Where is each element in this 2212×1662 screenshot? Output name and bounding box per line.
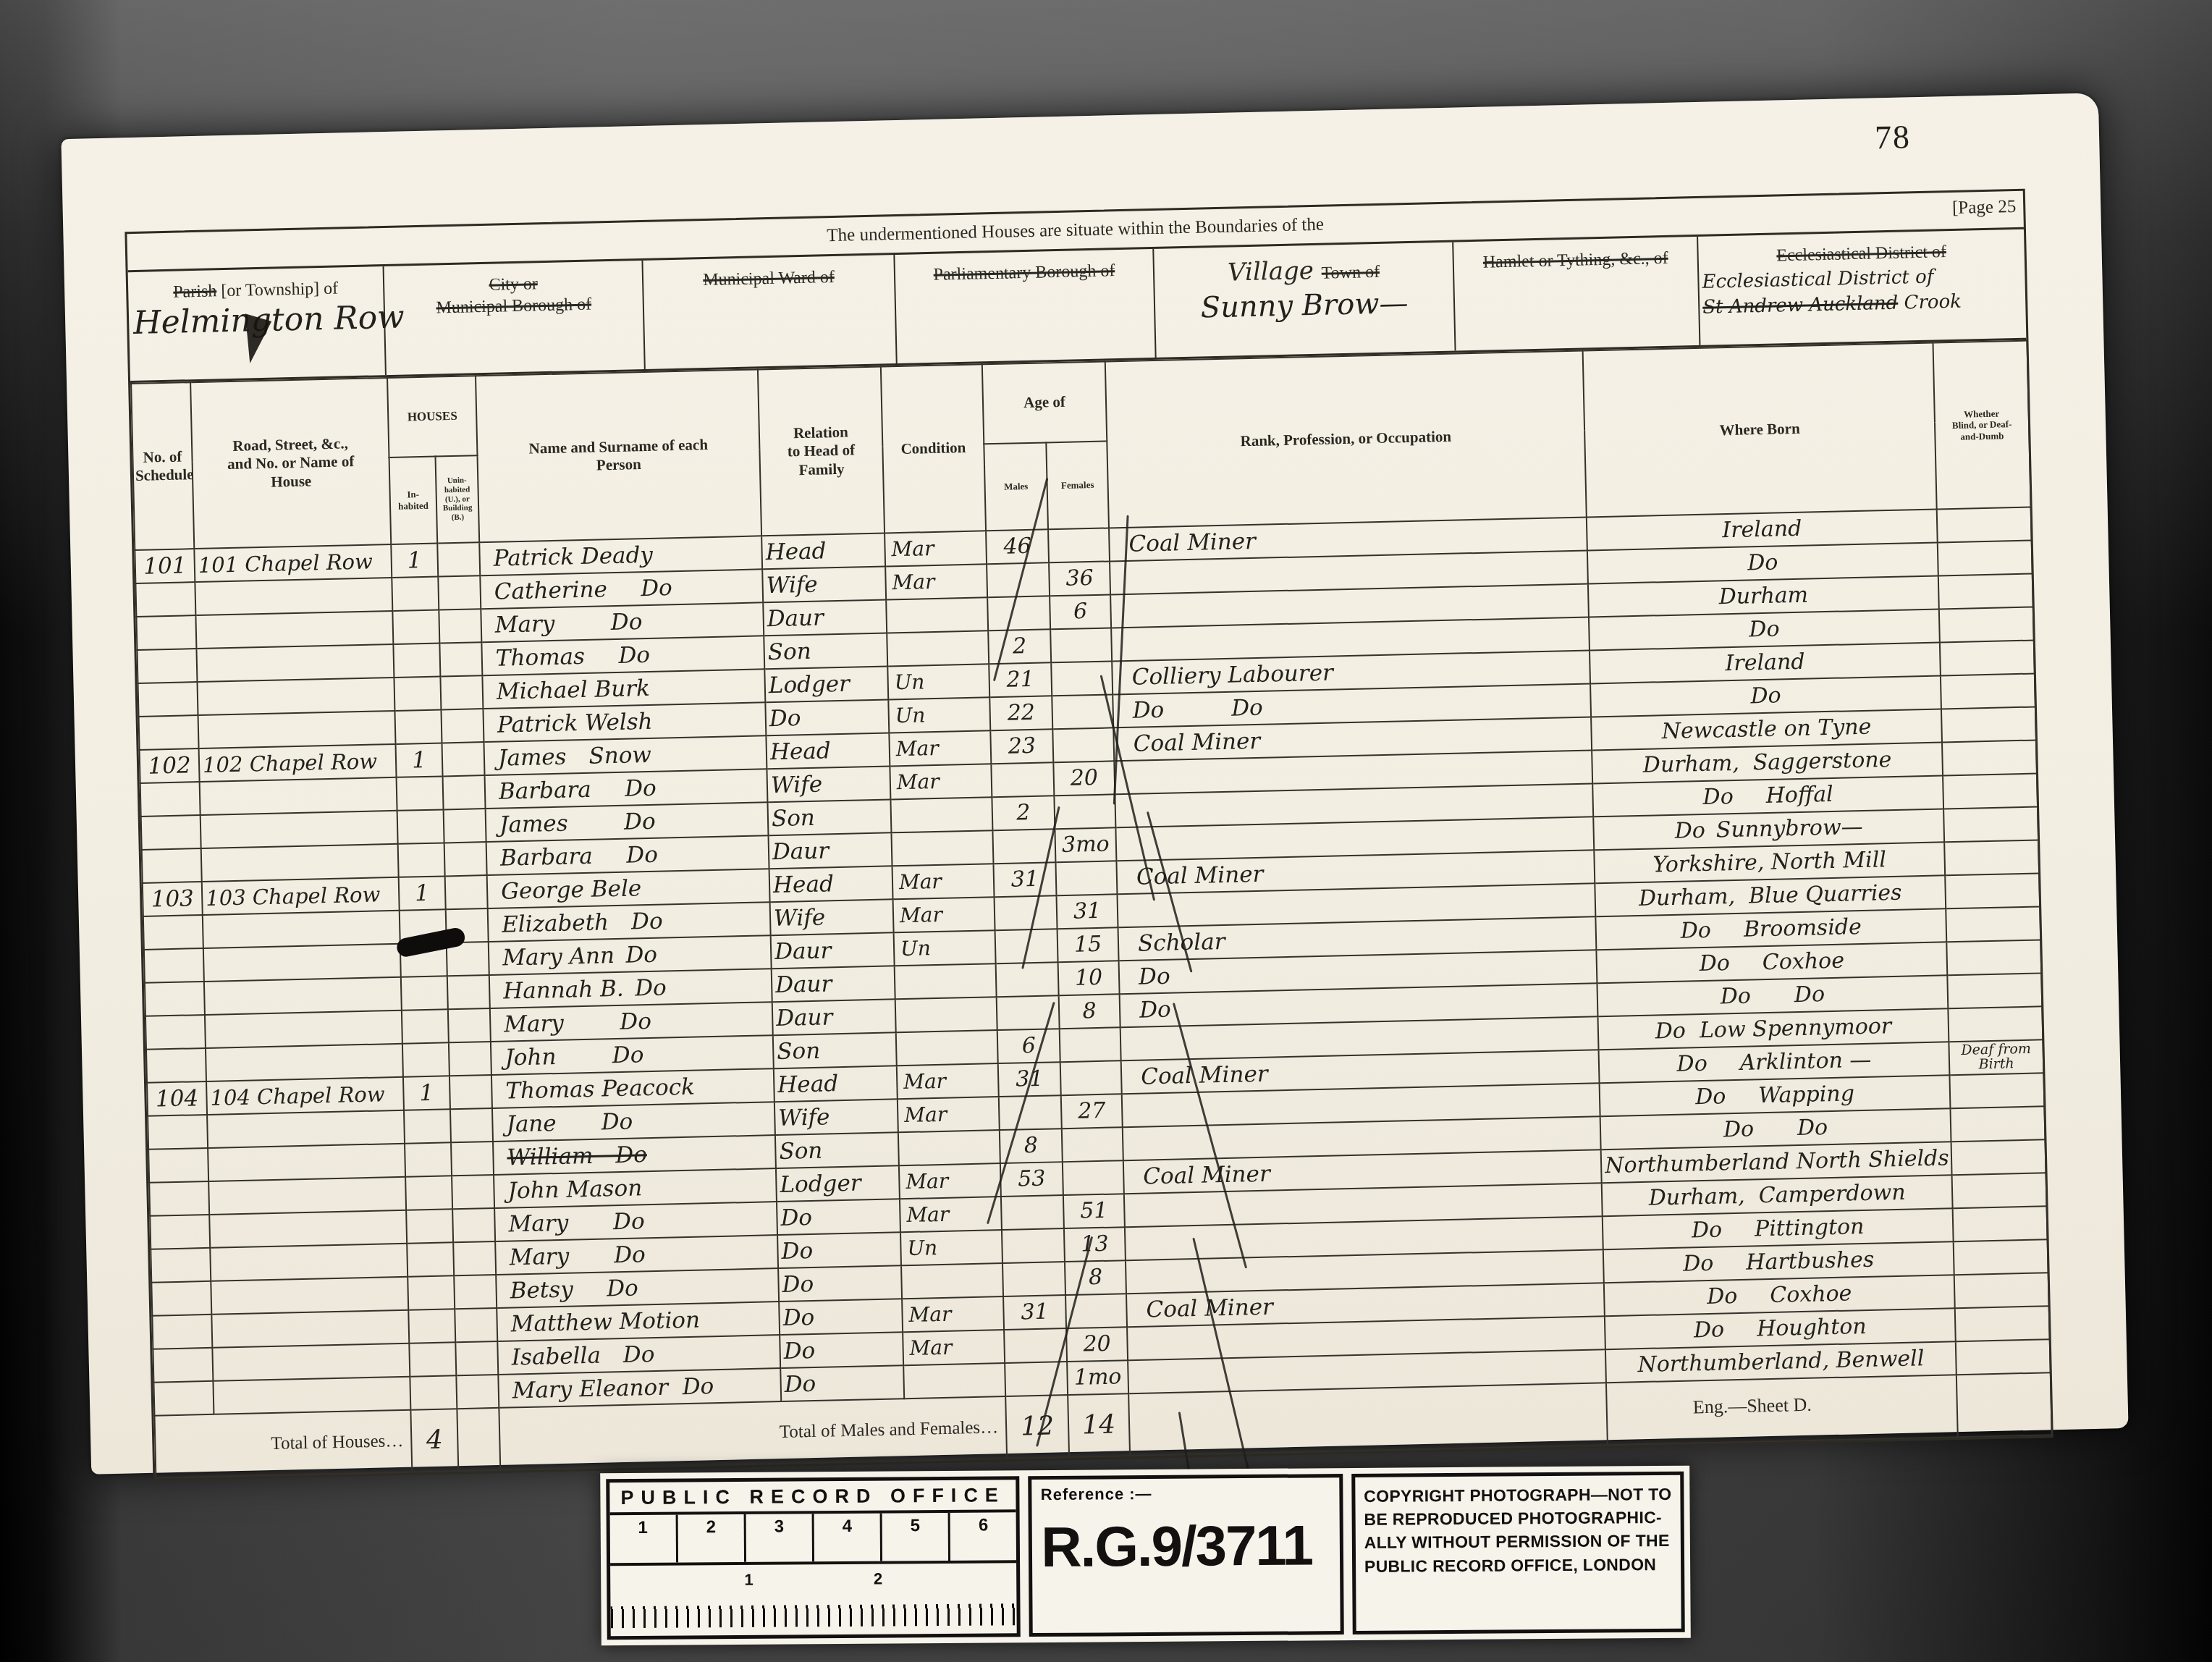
condition: Mar: [893, 897, 995, 932]
age-female: 6: [1050, 594, 1111, 629]
ruler-number: 5: [882, 1513, 951, 1561]
enumeration-table: No. of Schedule Road, Street, &c., and N…: [130, 340, 2053, 1479]
houses-uninhabited: [441, 709, 484, 743]
ruler-scale-fine: 1 2: [610, 1563, 1017, 1628]
condition: Mar: [889, 730, 991, 766]
schedule-number: [149, 1181, 209, 1216]
relation-to-head: Do: [777, 1232, 901, 1268]
locality-field: Municipal Ward of: [643, 255, 897, 369]
form-title: The undermentioned Houses are situate wi…: [827, 215, 1324, 247]
condition: Mar: [899, 1163, 1001, 1199]
age-female: [1060, 1060, 1122, 1095]
relation-to-head: Head: [761, 533, 885, 569]
road-name: 103 Chapel Row: [202, 877, 400, 915]
age-male: [995, 929, 1058, 963]
age-female: 8: [1059, 994, 1120, 1029]
field-printed-label: Parliamentary Borough of: [895, 259, 1154, 287]
houses-inhabited: [392, 609, 439, 644]
road-name: [198, 711, 396, 748]
copyright-line: COPYRIGHT PHOTOGRAPH—NOT TO: [1364, 1482, 1671, 1508]
road-name: [210, 1244, 408, 1281]
disability-remarks: [1948, 1006, 2043, 1042]
relation-to-head: Do: [778, 1265, 902, 1302]
totals-males-value: 12: [1005, 1395, 1069, 1459]
condition: Mar: [885, 564, 987, 599]
pro-stamp-strip: PUBLIC RECORD OFFICE 123456 1 2 Referenc…: [600, 1466, 1691, 1646]
age-female: 15: [1058, 927, 1119, 962]
copyright-line: ALLY WITHOUT PERMISSION OF THE: [1364, 1529, 1672, 1554]
houses-uninhabited: [450, 1108, 493, 1142]
sheet-note: Eng.—Sheet D.: [1693, 1394, 1812, 1419]
ruler-number: 4: [814, 1514, 883, 1562]
condition: [891, 830, 993, 866]
text-segment: [or Township] of: [216, 279, 338, 301]
field-handwritten-value: Sunny Brow—: [1155, 286, 1454, 324]
condition: [886, 597, 988, 633]
disability-remarks: [1953, 1206, 2048, 1241]
locality-field: Parish [or Township] ofHelmington Row: [128, 266, 387, 381]
reference-value: R.G.9/3711: [1041, 1512, 1331, 1580]
ruler-number: 3: [746, 1514, 815, 1562]
relation-to-head: Daur: [769, 832, 892, 869]
struck-text: Municipal Borough of: [436, 295, 591, 318]
road-name: [201, 844, 399, 882]
ruler-scale-inches: 123456: [610, 1512, 1017, 1566]
houses-uninhabited: [447, 942, 489, 976]
condition: Mar: [885, 531, 987, 566]
relation-to-head: Wife: [767, 766, 890, 802]
road-name: [211, 1277, 408, 1315]
struck-text: Municipal Ward of: [703, 268, 835, 290]
houses-inhabited: [404, 1109, 451, 1143]
age-female: 36: [1049, 561, 1110, 596]
relation-to-head: Wife: [762, 566, 886, 602]
age-male: 46: [986, 529, 1049, 564]
disability-remarks: [1947, 973, 2042, 1008]
locality-field: Parliamentary Borough of: [895, 249, 1156, 363]
age-male: [995, 895, 1058, 930]
condition: Un: [894, 930, 996, 966]
census-page: 78 The undermentioned Houses are situate…: [61, 93, 2128, 1474]
road-name: [205, 1011, 402, 1048]
age-female: [1055, 861, 1117, 895]
disability-remarks: [1955, 1306, 2050, 1341]
disability-remarks: [1939, 607, 2034, 643]
houses-uninhabited: [437, 542, 480, 576]
road-name: [200, 811, 398, 848]
disability-remarks: [1945, 873, 2040, 908]
road-name: [203, 911, 400, 948]
age-male: 6: [997, 1029, 1060, 1063]
road-name: [207, 1110, 405, 1148]
disability-remarks: [1938, 541, 2032, 576]
age-female: [1051, 661, 1113, 696]
schedule-number: [148, 1148, 208, 1183]
reference-box: Reference :— R.G.9/3711: [1029, 1474, 1344, 1637]
schedule-number: [145, 982, 205, 1016]
schedule-number: [138, 682, 198, 717]
houses-inhabited: [406, 1209, 453, 1243]
schedule-number: [137, 649, 197, 683]
col-road: Road, Street, &c., and No. or Name of Ho…: [190, 378, 391, 549]
road-name: [206, 1044, 403, 1081]
road-name: [197, 678, 394, 715]
relation-to-head: Head: [774, 1066, 898, 1102]
schedule-number: 103: [143, 882, 203, 916]
reference-label: Reference :—: [1041, 1483, 1331, 1504]
age-female: 10: [1058, 961, 1120, 995]
houses-uninhabited: [448, 1008, 491, 1042]
houses-uninhabited: [443, 775, 486, 809]
schedule-number: 104: [147, 1081, 207, 1116]
disability-remarks: [1946, 940, 2041, 975]
relation-to-head: Daur: [771, 932, 895, 969]
houses-inhabited: 1: [399, 876, 446, 910]
houses-inhabited: [407, 1242, 454, 1276]
condition: Un: [887, 664, 989, 699]
locality-field: Village Town ofSunny Brow—: [1154, 242, 1456, 358]
road-name: [208, 1177, 406, 1215]
age-female: [1060, 1027, 1121, 1062]
col-age: Age of: [982, 362, 1107, 444]
locality-field: City orMunicipal Borough of: [384, 261, 646, 375]
age-female: 51: [1063, 1194, 1125, 1228]
age-female: [1048, 528, 1110, 562]
copyright-box: COPYRIGHT PHOTOGRAPH—NOT TOBE REPRODUCED…: [1351, 1472, 1685, 1634]
struck-text: City or: [489, 274, 538, 295]
condition: Mar: [890, 764, 992, 799]
text-segment: Crook: [1898, 291, 1962, 314]
field-printed-label: Hamlet or Tything, &c., of: [1453, 247, 1697, 274]
age-female: 3mo: [1055, 827, 1116, 862]
relation-to-head: Wife: [774, 1099, 898, 1135]
houses-uninhabited: [451, 1142, 494, 1176]
condition: Mar: [902, 1296, 1004, 1332]
condition: [895, 963, 997, 999]
condition: Un: [900, 1230, 1002, 1265]
totals-uninhabited-empty: [457, 1408, 500, 1471]
schedule-number: [144, 948, 204, 983]
houses-inhabited: [398, 843, 445, 877]
col-occupation: Rank, Profession, or Occupation: [1105, 351, 1587, 528]
table-body: 101 101 Chapel Row 1 Patrick Deady Head …: [135, 507, 2050, 1416]
condition: [901, 1263, 1003, 1299]
disability-remarks: [1943, 773, 2038, 809]
schedule-number: [153, 1381, 214, 1416]
disability-remarks: [1956, 1339, 2051, 1375]
struck-text: Ecclesiastical District of: [1776, 242, 1946, 265]
pro-ruler-box: PUBLIC RECORD OFFICE 123456 1 2: [606, 1476, 1021, 1640]
totals-houses-label: Total of Houses…: [154, 1410, 412, 1478]
schedule-number: 102: [140, 748, 200, 783]
houses-uninhabited: [444, 842, 487, 876]
age-male: 31: [998, 1062, 1061, 1097]
schedule-number: [143, 915, 203, 950]
ruler-number: 2: [678, 1514, 747, 1563]
schedule-number: 101: [135, 549, 195, 583]
houses-inhabited: [400, 909, 447, 943]
age-male: 31: [993, 862, 1056, 897]
relation-to-head: Daur: [772, 966, 895, 1002]
condition: Mar: [898, 1097, 1000, 1132]
disability-remarks: [1941, 706, 2036, 742]
age-male: [1001, 1195, 1064, 1230]
houses-inhabited: [401, 976, 448, 1010]
condition: Mar: [892, 864, 995, 899]
houses-inhabited: [405, 1142, 452, 1176]
houses-uninhabited: [456, 1375, 499, 1409]
road-name: [203, 944, 401, 982]
field-handwritten-value: St Andrew Auckland Crook: [1700, 290, 2026, 319]
age-female: 1mo: [1067, 1360, 1128, 1395]
road-name: [208, 1144, 405, 1181]
disability-remarks: [1946, 906, 2040, 942]
age-male: 22: [989, 696, 1052, 730]
houses-inhabited: [405, 1176, 452, 1210]
schedule-number: [146, 1048, 206, 1083]
totals-mf-label: Total of Males and Females…: [499, 1396, 1007, 1470]
disability-remarks: [1954, 1273, 2049, 1308]
age-female: 27: [1061, 1094, 1123, 1129]
disability-remarks: [1944, 840, 2039, 875]
age-female: 20: [1053, 761, 1115, 796]
field-handwritten-value: Ecclesiastical District of: [1699, 264, 2025, 294]
census-form: The undermentioned Houses are situate wi…: [124, 189, 2053, 1481]
houses-inhabited: [408, 1309, 455, 1343]
houses-uninhabited: [438, 575, 481, 609]
houses-inhabited: [402, 1042, 449, 1076]
road-name: [195, 611, 393, 649]
condition: [895, 997, 997, 1032]
houses-uninhabited: [439, 642, 482, 676]
disability-remarks: [1943, 806, 2038, 842]
ruler-number: 1: [610, 1515, 679, 1564]
ruler-number: 2: [874, 1570, 882, 1589]
col-born: Where Born: [1583, 343, 1937, 518]
disability-remarks: [1949, 1073, 2044, 1108]
age-male: [1002, 1228, 1065, 1263]
copyright-line: BE REPRODUCED PHOTOGRAPHIC-: [1364, 1506, 1671, 1531]
road-name: [196, 644, 394, 682]
microfilm-frame: 78 The undermentioned Houses are situate…: [0, 0, 2212, 1662]
field-handwritten-value: Helmington Row: [129, 301, 384, 340]
text-segment: Village: [1228, 256, 1322, 287]
condition: Un: [888, 697, 990, 733]
road-name: 102 Chapel Row: [199, 744, 397, 782]
field-printed-label: Village Town of: [1154, 253, 1453, 290]
struck-text: Parish: [173, 282, 217, 301]
disability-remarks: Deaf from Birth: [1949, 1039, 2043, 1075]
disability-remarks: [1951, 1139, 2046, 1175]
schedule-number: [152, 1315, 212, 1349]
col-males: Males: [984, 442, 1048, 531]
schedule-number: [136, 615, 196, 650]
houses-uninhabited: [454, 1275, 497, 1309]
schedule-number: [148, 1115, 208, 1150]
disability-remarks: [1938, 574, 2033, 609]
road-name: [195, 578, 392, 615]
age-male: 31: [1003, 1295, 1066, 1330]
schedule-number: [150, 1215, 210, 1249]
schedule-number: [135, 582, 195, 617]
schedule-number: [153, 1348, 213, 1383]
houses-inhabited: [409, 1342, 456, 1376]
struck-text: Hamlet or Tything, &c., of: [1483, 249, 1668, 272]
age-female: 31: [1057, 894, 1118, 929]
schedule-number: [140, 782, 200, 817]
disability-remarks: [1954, 1239, 2048, 1275]
age-male: [1002, 1262, 1065, 1296]
houses-uninhabited: [439, 609, 481, 643]
relation-to-head: Daur: [763, 599, 887, 636]
houses-uninhabited: [442, 742, 484, 776]
houses-uninhabited: [445, 875, 488, 909]
age-male: 2: [992, 796, 1055, 830]
copyright-line: PUBLIC RECORD OFFICE, LONDON: [1364, 1552, 1672, 1577]
condition: [896, 1030, 998, 1066]
condition: Mar: [900, 1197, 1002, 1232]
schedule-number: [142, 848, 202, 883]
condition: Mar: [897, 1063, 999, 1099]
age-female: [1050, 628, 1112, 662]
houses-uninhabited: [444, 809, 486, 843]
age-male: [992, 829, 1055, 864]
struck-text: Parliamentary Borough of: [933, 261, 1115, 284]
col-relation: Relation to Head of Family: [758, 367, 885, 536]
houses-inhabited: 1: [396, 743, 443, 777]
houses-inhabited: [397, 776, 444, 810]
text-segment: Ecclesiastical District of: [1702, 266, 1934, 293]
condition: [887, 630, 989, 666]
col-schedule: No. of Schedule: [131, 382, 194, 550]
col-condition: Condition: [881, 364, 986, 533]
locality-field: Hamlet or Tything, &c., of: [1453, 237, 1700, 351]
houses-uninhabited: [455, 1341, 498, 1375]
condition: [898, 1130, 1000, 1165]
age-male: [991, 762, 1054, 797]
relation-to-head: Do: [777, 1199, 900, 1235]
struck-text: Town of: [1321, 263, 1380, 283]
road-name: [211, 1310, 409, 1348]
houses-inhabited: [397, 809, 444, 843]
age-male: 8: [1000, 1129, 1063, 1163]
age-male: [997, 995, 1060, 1030]
age-male: [987, 596, 1050, 630]
page-number: 78: [1874, 117, 1911, 156]
houses-uninhabited: [440, 675, 483, 709]
relation-to-head: Head: [769, 866, 893, 902]
totals-occ-empty: [1128, 1383, 1608, 1456]
relation-to-head: Lodger: [776, 1165, 900, 1202]
relation-to-head: Do: [765, 699, 889, 735]
relation-to-head: Son: [775, 1132, 899, 1168]
totals-rem-empty: [1956, 1372, 2052, 1437]
relation-to-head: Son: [767, 799, 891, 835]
field-printed-label: Municipal Ward of: [643, 265, 895, 292]
ruler-number: 1: [744, 1571, 753, 1590]
age-male: 53: [1000, 1162, 1063, 1197]
disability-remarks: [1952, 1173, 2047, 1208]
relation-to-head: Son: [764, 633, 887, 669]
col-inhabited: In- habited: [389, 457, 438, 544]
field-printed-label: Ecclesiastical District of: [1698, 240, 2025, 269]
relation-to-head: Son: [773, 1032, 897, 1068]
disability-remarks: [1940, 641, 2035, 676]
condition: [890, 797, 992, 832]
pro-office-title: PUBLIC RECORD OFFICE: [609, 1480, 1016, 1515]
age-female: [1065, 1294, 1127, 1328]
struck-text: St Andrew Auckland: [1702, 292, 1899, 319]
houses-inhabited: [394, 709, 442, 743]
houses-inhabited: [402, 1009, 449, 1043]
age-male: [996, 962, 1059, 997]
col-remarks: Whether Blind, or Deaf- and-Dumb: [1933, 341, 2031, 510]
disability-remarks: [1942, 740, 2037, 775]
disability-remarks: [1951, 1106, 2046, 1142]
col-houses: HOUSES: [387, 376, 477, 457]
road-name: 104 Chapel Row: [206, 1077, 404, 1115]
relation-to-head: Do: [779, 1299, 903, 1335]
age-female: [1054, 794, 1115, 829]
ruler-number: 6: [950, 1512, 1017, 1561]
road-name: [212, 1343, 410, 1381]
condition: Mar: [903, 1330, 1005, 1365]
totals-houses-value: 4: [410, 1409, 458, 1472]
schedule-number: [139, 715, 199, 750]
age-male: 2: [988, 629, 1051, 664]
age-female: 20: [1066, 1327, 1128, 1362]
road-name: 101 Chapel Row: [194, 544, 392, 582]
disability-remarks: [1941, 674, 2035, 709]
houses-uninhabited: [447, 975, 490, 1009]
houses-uninhabited: [449, 1075, 492, 1109]
houses-inhabited: [392, 577, 439, 611]
houses-uninhabited: [453, 1241, 496, 1275]
houses-inhabited: [394, 676, 441, 710]
relation-to-head: Lodger: [764, 666, 888, 702]
relation-to-head: Daur: [772, 999, 896, 1035]
houses-inhabited: [408, 1275, 455, 1309]
age-male: 21: [989, 662, 1052, 697]
locality-field: Ecclesiastical District ofEcclesiastical…: [1698, 229, 2026, 345]
text-segment: Sunny Brow—: [1200, 287, 1409, 324]
age-male: [999, 1095, 1062, 1130]
col-name: Name and Surname of each Person: [476, 369, 761, 542]
age-female: [1052, 727, 1114, 762]
houses-uninhabited: [452, 1175, 494, 1209]
houses-uninhabited: [449, 1042, 491, 1076]
age-female: 8: [1065, 1260, 1126, 1295]
houses-uninhabited: [452, 1208, 495, 1242]
road-name: [213, 1377, 410, 1414]
text-segment: Helmington Row: [133, 298, 405, 341]
age-female: [1063, 1160, 1124, 1195]
relation-to-head: Do: [780, 1332, 903, 1368]
relation-to-head: Head: [766, 733, 890, 769]
relation-to-head: Do: [780, 1365, 904, 1401]
age-female: 13: [1064, 1227, 1126, 1262]
road-name: [200, 777, 397, 815]
relation-to-head: Wife: [770, 899, 894, 935]
road-name: [204, 977, 402, 1015]
houses-inhabited: 1: [391, 544, 438, 578]
houses-inhabited: [400, 942, 447, 976]
schedule-number: [141, 815, 201, 850]
houses-uninhabited: [446, 908, 489, 942]
disability-remarks: [1937, 507, 2032, 543]
col-uninhabited: Unin- habited (U.), or Building (B.): [436, 455, 480, 543]
age-female: [1062, 1127, 1123, 1162]
